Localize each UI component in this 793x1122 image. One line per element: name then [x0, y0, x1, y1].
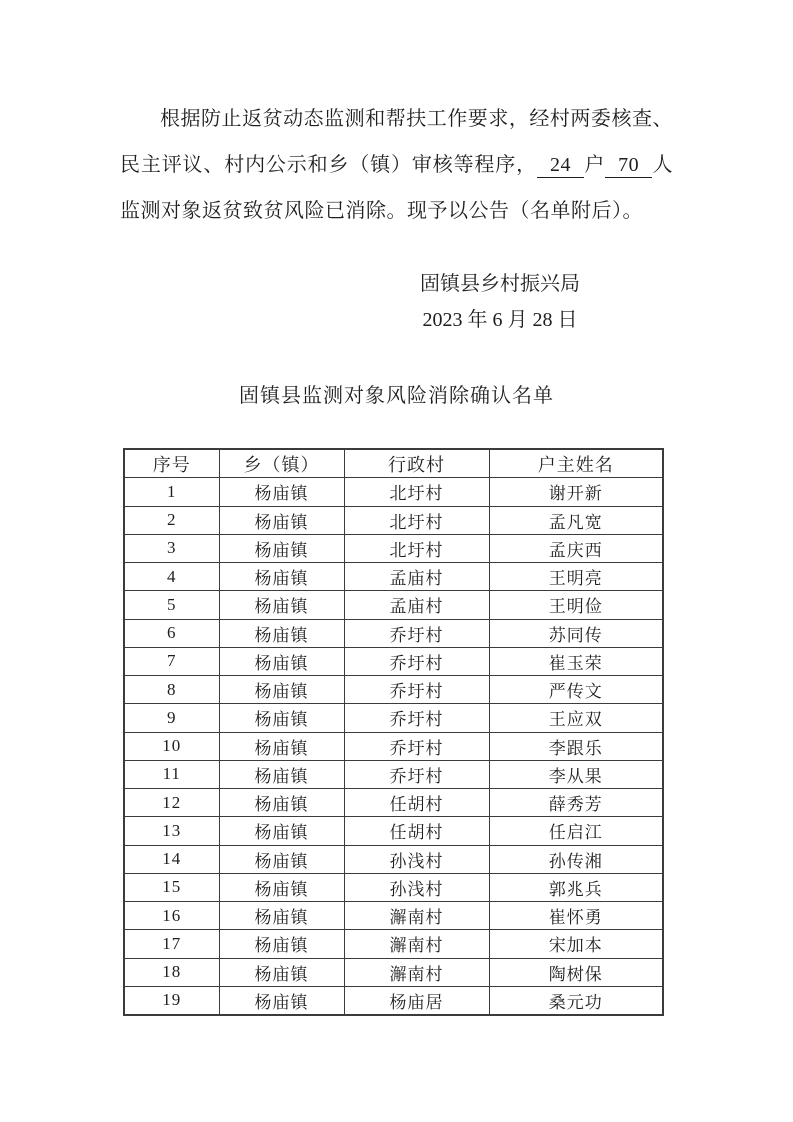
- table-cell: 杨庙镇: [219, 902, 344, 930]
- table-cell: 李从果: [489, 760, 663, 788]
- table-cell: 9: [124, 704, 219, 732]
- table-cell: 17: [124, 930, 219, 958]
- table-cell: 桑元功: [489, 986, 663, 1015]
- table-cell: 王明俭: [489, 591, 663, 619]
- table-cell: 澥南村: [344, 930, 489, 958]
- table-cell: 13: [124, 817, 219, 845]
- table-cell: 孟庙村: [344, 563, 489, 591]
- table-cell: 6: [124, 619, 219, 647]
- table-cell: 5: [124, 591, 219, 619]
- table-cell: 北圩村: [344, 478, 489, 506]
- document-page: 根据防止返贫动态监测和帮扶工作要求，经村两委核查、民主评议、村内公示和乡（镇）审…: [0, 0, 793, 1122]
- table-cell: 杨庙镇: [219, 478, 344, 506]
- header-village: 行政村: [344, 449, 489, 478]
- table-cell: 孟庙村: [344, 591, 489, 619]
- table-cell: 杨庙居: [344, 986, 489, 1015]
- table-cell: 任胡村: [344, 789, 489, 817]
- table-cell: 12: [124, 789, 219, 817]
- table-row: 5杨庙镇孟庙村王明俭: [124, 591, 663, 619]
- table-row: 6杨庙镇乔圩村苏同传: [124, 619, 663, 647]
- table-cell: 孟凡宽: [489, 506, 663, 534]
- table-cell: 陶树保: [489, 958, 663, 986]
- table-cell: 杨庙镇: [219, 534, 344, 562]
- table-row: 15杨庙镇孙浅村郭兆兵: [124, 873, 663, 901]
- notice-paragraph: 根据防止返贫动态监测和帮扶工作要求，经村两委核查、民主评议、村内公示和乡（镇）审…: [120, 96, 673, 234]
- table-row: 11杨庙镇乔圩村李从果: [124, 760, 663, 788]
- table-cell: 孙浅村: [344, 873, 489, 901]
- table-cell: 18: [124, 958, 219, 986]
- confirmation-list-table: 序号 乡（镇） 行政村 户主姓名 1杨庙镇北圩村谢开新2杨庙镇北圩村孟凡宽3杨庙…: [123, 448, 664, 1016]
- table-cell: 杨庙镇: [219, 789, 344, 817]
- table-cell: 杨庙镇: [219, 958, 344, 986]
- table-header-row: 序号 乡（镇） 行政村 户主姓名: [124, 449, 663, 478]
- table-row: 8杨庙镇乔圩村严传文: [124, 676, 663, 704]
- table-cell: 11: [124, 760, 219, 788]
- table-cell: 2: [124, 506, 219, 534]
- table-cell: 乔圩村: [344, 732, 489, 760]
- table-row: 4杨庙镇孟庙村王明亮: [124, 563, 663, 591]
- table-cell: 杨庙镇: [219, 591, 344, 619]
- table-cell: 澥南村: [344, 958, 489, 986]
- table-cell: 严传文: [489, 676, 663, 704]
- table-row: 9杨庙镇乔圩村王应双: [124, 704, 663, 732]
- table-cell: 14: [124, 845, 219, 873]
- table-row: 2杨庙镇北圩村孟凡宽: [124, 506, 663, 534]
- table-cell: 谢开新: [489, 478, 663, 506]
- table-cell: 乔圩村: [344, 647, 489, 675]
- table-row: 3杨庙镇北圩村孟庆西: [124, 534, 663, 562]
- table-cell: 19: [124, 986, 219, 1015]
- table-cell: 杨庙镇: [219, 873, 344, 901]
- table-cell: 杨庙镇: [219, 732, 344, 760]
- table-cell: 杨庙镇: [219, 817, 344, 845]
- table-cell: 杨庙镇: [219, 704, 344, 732]
- table-cell: 7: [124, 647, 219, 675]
- table-cell: 崔怀勇: [489, 902, 663, 930]
- issue-date: 2023 年 6 月 28 日: [207, 302, 793, 338]
- table-title: 固镇县监测对象风险消除确认名单: [0, 381, 793, 412]
- table-cell: 孙浅村: [344, 845, 489, 873]
- table-cell: 澥南村: [344, 902, 489, 930]
- table-cell: 任胡村: [344, 817, 489, 845]
- table-row: 19杨庙镇杨庙居桑元功: [124, 986, 663, 1015]
- table-cell: 杨庙镇: [219, 563, 344, 591]
- table-cell: 8: [124, 676, 219, 704]
- signature-block: 固镇县乡村振兴局 2023 年 6 月 28 日: [207, 266, 793, 338]
- table-row: 1杨庙镇北圩村谢开新: [124, 478, 663, 506]
- issuing-authority: 固镇县乡村振兴局: [207, 266, 793, 302]
- table-cell: 乔圩村: [344, 676, 489, 704]
- table-cell: 王应双: [489, 704, 663, 732]
- notice-text-segment-2: 户: [584, 154, 605, 176]
- table-cell: 杨庙镇: [219, 760, 344, 788]
- table-cell: 16: [124, 902, 219, 930]
- table-row: 14杨庙镇孙浅村孙传湘: [124, 845, 663, 873]
- header-township: 乡（镇）: [219, 449, 344, 478]
- table-cell: 薛秀芳: [489, 789, 663, 817]
- header-seq-no: 序号: [124, 449, 219, 478]
- table-cell: 10: [124, 732, 219, 760]
- table-cell: 乔圩村: [344, 760, 489, 788]
- table-cell: 1: [124, 478, 219, 506]
- table-cell: 苏同传: [489, 619, 663, 647]
- table-cell: 杨庙镇: [219, 845, 344, 873]
- table-cell: 乔圩村: [344, 704, 489, 732]
- table-row: 16杨庙镇澥南村崔怀勇: [124, 902, 663, 930]
- persons-count: 70: [605, 153, 652, 178]
- table-cell: 宋加本: [489, 930, 663, 958]
- table-cell: 王明亮: [489, 563, 663, 591]
- table-cell: 李跟乐: [489, 732, 663, 760]
- table-cell: 杨庙镇: [219, 506, 344, 534]
- table-cell: 杨庙镇: [219, 930, 344, 958]
- table-row: 10杨庙镇乔圩村李跟乐: [124, 732, 663, 760]
- table-row: 18杨庙镇澥南村陶树保: [124, 958, 663, 986]
- table-cell: 崔玉荣: [489, 647, 663, 675]
- households-count: 24: [537, 153, 584, 178]
- table-cell: 杨庙镇: [219, 986, 344, 1015]
- table-row: 12杨庙镇任胡村薛秀芳: [124, 789, 663, 817]
- table-cell: 孟庆西: [489, 534, 663, 562]
- table-cell: 15: [124, 873, 219, 901]
- table-cell: 郭兆兵: [489, 873, 663, 901]
- table-cell: 4: [124, 563, 219, 591]
- table-cell: 孙传湘: [489, 845, 663, 873]
- table-cell: 杨庙镇: [219, 647, 344, 675]
- table-cell: 杨庙镇: [219, 676, 344, 704]
- table-row: 7杨庙镇乔圩村崔玉荣: [124, 647, 663, 675]
- table-cell: 北圩村: [344, 506, 489, 534]
- header-household-head: 户主姓名: [489, 449, 663, 478]
- table-cell: 北圩村: [344, 534, 489, 562]
- table-cell: 乔圩村: [344, 619, 489, 647]
- table-cell: 任启江: [489, 817, 663, 845]
- table-row: 13杨庙镇任胡村任启江: [124, 817, 663, 845]
- table-cell: 杨庙镇: [219, 619, 344, 647]
- table-row: 17杨庙镇澥南村宋加本: [124, 930, 663, 958]
- table-cell: 3: [124, 534, 219, 562]
